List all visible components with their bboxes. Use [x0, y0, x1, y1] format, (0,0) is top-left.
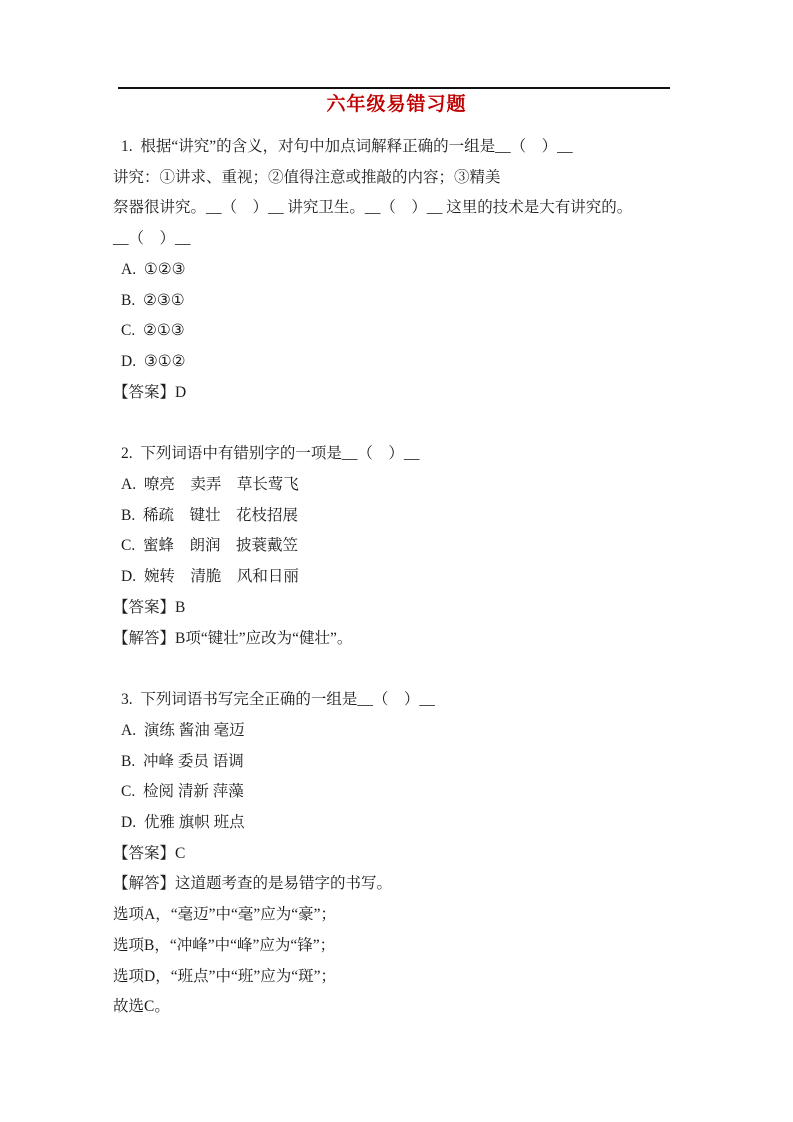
- question-body-line: 祭器很讲究。__（ ）__ 讲究卫生。__（ ）__ 这里的技术是大有讲究的。: [113, 193, 680, 224]
- page-title: 六年级易错习题: [113, 89, 680, 120]
- explanation-line: 【解答】B项“键壮”应改为“健壮”。: [113, 624, 680, 655]
- option-line-b: B. 稀疏 键壮 花枝招展: [113, 501, 680, 532]
- answer-line: 【答案】D: [113, 378, 680, 409]
- block-spacer: [113, 408, 680, 439]
- question-block-3: 3. 下列词语书写完全正确的一组是__（ ）__ A. 演练 酱油 毫迈 B. …: [113, 685, 680, 1023]
- explanation-line: 【解答】这道题考查的是易错字的书写。: [113, 869, 680, 900]
- question-body-line: __（ ）__: [113, 224, 680, 255]
- option-line-a: A. 嘹亮 卖弄 草长莺飞: [113, 470, 680, 501]
- question-stem: 1. 根据“讲究”的含义，对句中加点词解释正确的一组是__（ ）__: [113, 132, 680, 163]
- question-block-1: 1. 根据“讲究”的含义，对句中加点词解释正确的一组是__（ ）__ 讲究：①讲…: [113, 132, 680, 408]
- question-stem: 3. 下列词语书写完全正确的一组是__（ ）__: [113, 685, 680, 716]
- option-line-c: C. 蜜蜂 朗润 披蓑戴笠: [113, 531, 680, 562]
- answer-line: 【答案】C: [113, 839, 680, 870]
- explanation-line: 选项D，“班点”中“班”应为“斑”；: [113, 962, 680, 993]
- option-line-c: C. 检阅 清新 萍藻: [113, 777, 680, 808]
- option-line-d: D. 优雅 旗帜 班点: [113, 808, 680, 839]
- option-line-a: A. ①②③: [113, 255, 680, 286]
- explanation-line: 故选C。: [113, 992, 680, 1023]
- answer-line: 【答案】B: [113, 593, 680, 624]
- question-stem: 2. 下列词语中有错别字的一项是__（ ）__: [113, 439, 680, 470]
- option-line-d: D. 婉转 清脆 风和日丽: [113, 562, 680, 593]
- question-body-line: 讲究：①讲求、重视；②值得注意或推敲的内容；③精美: [113, 163, 680, 194]
- document-content: 六年级易错习题 1. 根据“讲究”的含义，对句中加点词解释正确的一组是__（ ）…: [113, 87, 680, 1023]
- explanation-line: 选项B，“冲峰”中“峰”应为“锋”；: [113, 931, 680, 962]
- option-line-d: D. ③①②: [113, 347, 680, 378]
- option-line-b: B. 冲峰 委员 语调: [113, 747, 680, 778]
- document-page: 六年级易错习题 1. 根据“讲究”的含义，对句中加点词解释正确的一组是__（ ）…: [0, 0, 793, 1122]
- option-line-b: B. ②③①: [113, 286, 680, 317]
- explanation-line: 选项A，“毫迈”中“毫”应为“豪”；: [113, 900, 680, 931]
- option-line-c: C. ②①③: [113, 316, 680, 347]
- question-block-2: 2. 下列词语中有错别字的一项是__（ ）__ A. 嘹亮 卖弄 草长莺飞 B.…: [113, 439, 680, 654]
- block-spacer: [113, 654, 680, 685]
- option-line-a: A. 演练 酱油 毫迈: [113, 716, 680, 747]
